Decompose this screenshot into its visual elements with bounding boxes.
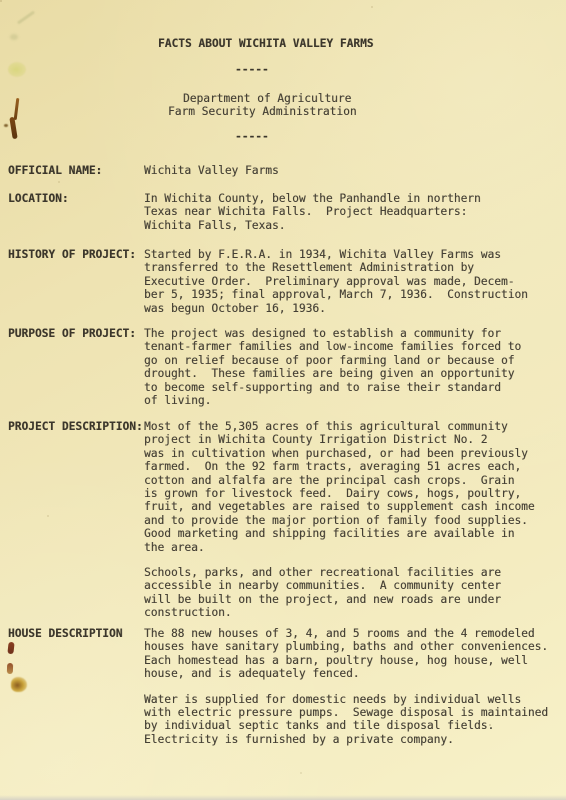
ink-stroke-artifact: [14, 98, 20, 120]
paragraph: Most of the 5,305 acres of this agricult…: [144, 420, 566, 554]
section-body: In Wichita County, below the Panhandle i…: [144, 192, 566, 232]
text-line: will be built on the project, and new ro…: [144, 593, 566, 606]
paragraph: The project was designed to establish a …: [144, 327, 566, 407]
text-line: cotton and alfalfa are the principal cas…: [144, 474, 566, 487]
text-line: Wichita Falls, Texas.: [144, 219, 566, 232]
text-line: Electricity is furnished by a private co…: [144, 733, 566, 746]
scanned-document-page: FACTS ABOUT WICHITA VALLEY FARMS ----- D…: [0, 0, 566, 800]
paragraph: Wichita Valley Farms: [144, 164, 566, 177]
document-section: OFFICIAL NAME:Wichita Valley Farms: [0, 164, 566, 177]
text-line: by individual septic tanks and tile disp…: [144, 719, 566, 732]
text-line: and to provide the major portion of fami…: [144, 514, 566, 527]
text-line: of living.: [144, 394, 566, 407]
section-label: HOUSE DESCRIPTION: [8, 627, 123, 640]
paragraph: Schools, parks, and other recreational f…: [144, 566, 566, 620]
text-line: was begun October 16, 1936.: [144, 302, 566, 315]
agency-line-2: Farm Security Administration: [168, 105, 357, 118]
text-line: accessible in nearby communities. A comm…: [144, 579, 566, 592]
section-label: HISTORY OF PROJECT:: [8, 248, 136, 261]
divider-dashes-top: -----: [235, 63, 269, 76]
document-section: PROJECT DESCRIPTION:Most of the 5,305 ac…: [0, 420, 566, 620]
divider-dashes-bottom: -----: [235, 130, 269, 143]
text-line: house, and is adequately fenced.: [144, 667, 566, 680]
text-line: construction.: [144, 606, 566, 619]
section-body: The 88 new houses of 3, 4, and 5 rooms a…: [144, 627, 566, 746]
text-line: was in cultivation when purchased, or ha…: [144, 447, 566, 460]
text-line: Wichita Valley Farms: [144, 164, 566, 177]
text-line: Most of the 5,305 acres of this agricult…: [144, 420, 566, 433]
document-section: LOCATION:In Wichita County, below the Pa…: [0, 192, 566, 232]
text-line: fruit, and vegetables are raised to supp…: [144, 500, 566, 513]
text-line: Each homestead has a barn, poultry house…: [144, 654, 566, 667]
ink-speck-artifact: [4, 124, 8, 127]
document-section: HOUSE DESCRIPTIONThe 88 new houses of 3,…: [0, 627, 566, 746]
text-line: project in Wichita County Irrigation Dis…: [144, 433, 566, 446]
section-body: Wichita Valley Farms: [144, 164, 566, 177]
paragraph: Water is supplied for domestic needs by …: [144, 693, 566, 747]
text-line: In Wichita County, below the Panhandle i…: [144, 192, 566, 205]
text-line: The 88 new houses of 3, 4, and 5 rooms a…: [144, 627, 566, 640]
section-body: Most of the 5,305 acres of this agricult…: [144, 420, 566, 620]
paragraph: In Wichita County, below the Panhandle i…: [144, 192, 566, 232]
text-line: Schools, parks, and other recreational f…: [144, 566, 566, 579]
section-label: PROJECT DESCRIPTION:: [8, 420, 143, 433]
section-label: OFFICIAL NAME:: [8, 164, 102, 177]
text-line: farmed. On the 92 farm tracts, averaging…: [144, 460, 566, 473]
text-line: ber 5, 1935; final approval, March 7, 19…: [144, 288, 566, 301]
text-line: Executive Order. Preliminary approval wa…: [144, 275, 566, 288]
scan-edge: [0, 795, 566, 800]
text-line: tenant-farmer families and low-income fa…: [144, 340, 566, 353]
section-body: Started by F.E.R.A. in 1934, Wichita Val…: [144, 248, 566, 315]
scratch-mark-artifact: [17, 11, 35, 25]
text-line: Texas near Wichita Falls. Project Headqu…: [144, 205, 566, 218]
text-line: drought. These families are being given …: [144, 367, 566, 380]
text-line: the area.: [144, 541, 566, 554]
ink-stroke-artifact: [9, 117, 17, 140]
paper-speckles: [0, 0, 2, 2]
section-label: PURPOSE OF PROJECT:: [8, 327, 136, 340]
document-section: PURPOSE OF PROJECT:The project was desig…: [0, 327, 566, 407]
text-line: Good marketing and shipping facilities a…: [144, 527, 566, 540]
text-line: to become self-supporting and to raise t…: [144, 381, 566, 394]
stain-artifact: [8, 62, 26, 77]
section-label: LOCATION:: [8, 192, 69, 205]
scratch-mark-artifact: [10, 34, 18, 40]
text-line: go on relief because of poor farming lan…: [144, 354, 566, 367]
text-line: with electric pressure pumps. Sewage dis…: [144, 706, 566, 719]
text-line: is grown for livestock feed. Dairy cows,…: [144, 487, 566, 500]
text-line: Started by F.E.R.A. in 1934, Wichita Val…: [144, 248, 566, 261]
paragraph: Started by F.E.R.A. in 1934, Wichita Val…: [144, 248, 566, 315]
agency-line-1: Department of Agriculture: [183, 92, 351, 105]
paragraph: The 88 new houses of 3, 4, and 5 rooms a…: [144, 627, 566, 681]
text-line: Water is supplied for domestic needs by …: [144, 693, 566, 706]
document-section: HISTORY OF PROJECT:Started by F.E.R.A. i…: [0, 248, 566, 315]
document-title: FACTS ABOUT WICHITA VALLEY FARMS: [158, 37, 374, 50]
section-body: The project was designed to establish a …: [144, 327, 566, 407]
text-line: houses have sanitary plumbing, baths and…: [144, 640, 566, 653]
text-line: transferred to the Resettlement Administ…: [144, 261, 566, 274]
text-line: The project was designed to establish a …: [144, 327, 566, 340]
